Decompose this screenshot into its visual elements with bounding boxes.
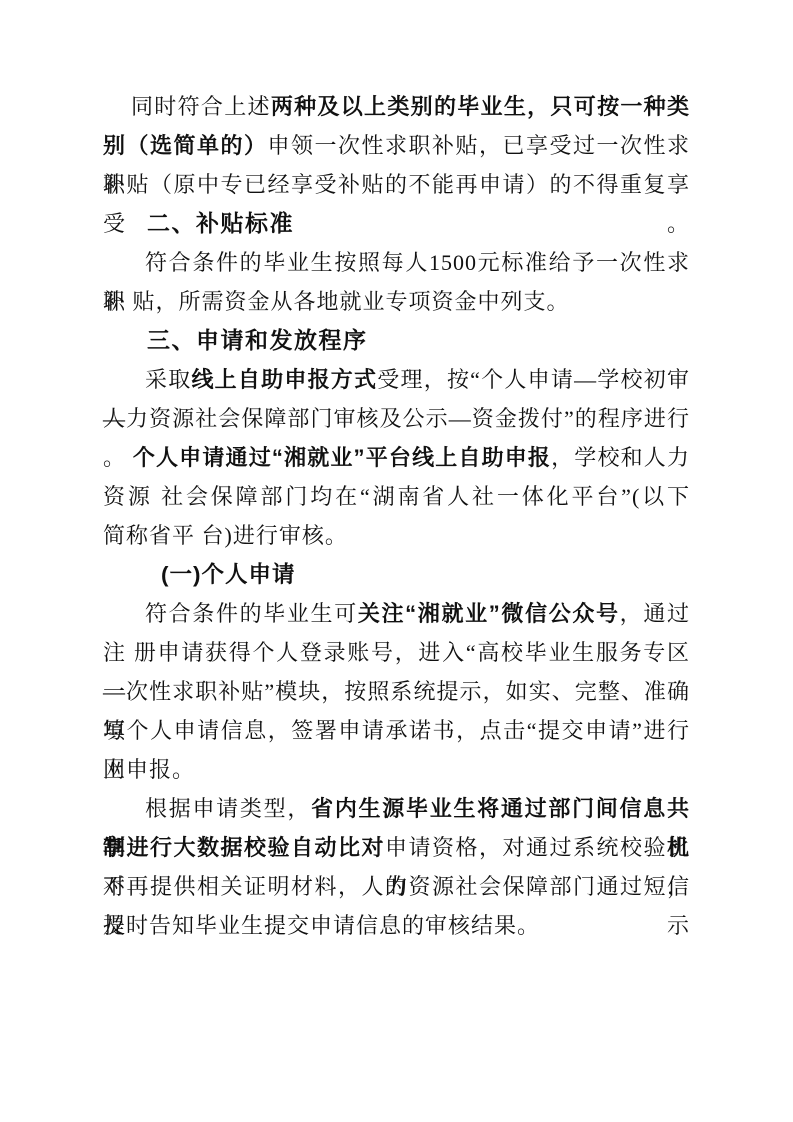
text-segment: 同时符合上述 [131, 94, 271, 119]
bold-text-segment: 个人申请通过“湘就业”平台线上自助申报 [133, 445, 551, 470]
text-segment: 。 [103, 445, 133, 470]
para-procedure-line-2: 人力资源社会保障部门审核及公示—资金拨付”的程序进行 [103, 399, 690, 438]
para-individual-application-line-2: 注 册申请获得个人登录账号，进入“高校毕业生服务专区— [103, 633, 690, 672]
text-segment: 符合条件的毕业生可 [145, 601, 358, 626]
para-duplicate-rule-line-1: 同时符合上述两种及以上类别的毕业生，只可按一种类 [103, 87, 690, 126]
text-segment: ，通过 [620, 601, 690, 626]
section-heading-application-procedure: 三、申请和发放程序 [103, 321, 690, 360]
para-procedure-line-4: 资源 社会保障部门均在“湖南省人社一体化平台”(以下 [103, 477, 690, 516]
document-body: 同时符合上述两种及以上类别的毕业生，只可按一种类别（选简单的）申领一次性求职补贴… [103, 87, 690, 945]
para-procedure-line-5: 简称省平 台)进行审核。 [103, 516, 690, 555]
para-individual-application-line-3: 一次性求职补贴”模块，按照系统提示，如实、完整、准确填 [103, 672, 690, 711]
bold-text-segment: 三、申请和发放程序 [147, 327, 368, 353]
para-data-verification-line-1: 根据申请类型，省内生源毕业生将通过部门间信息共享机 [103, 789, 690, 828]
para-procedure-line-1: 采取线上自助申报方式受理，按“个人申请—学校初审— [103, 360, 690, 399]
text-segment: 资源 社会保障部门均在“湖南省人社一体化平台”(以下 [103, 484, 690, 509]
para-data-verification-line-3: 不再提供相关证明材料，人力资源社会保障部门通过短信提示 [103, 867, 690, 906]
text-segment: 补 贴，所需资金从各地就业专项资金中列支。 [103, 289, 570, 314]
para-individual-application-line-4: 写个人申请信息，签署申请承诺书，点击“提交申请”进行网 [103, 711, 690, 750]
bold-text-segment: (一)个人申请 [161, 562, 296, 587]
text-segment: 及时告知毕业生提交申请信息的审核结果。 [103, 913, 540, 938]
text-segment: 上申报。 [103, 757, 195, 782]
bold-text-segment: 二、补贴标准 [147, 210, 294, 236]
para-data-verification-line-2: 制进行大数据校验自动比对申请资格，对通过系统校验比对的， [103, 828, 690, 867]
para-individual-application-line-1: 符合条件的毕业生可关注“湘就业”微信公众号，通过 [103, 594, 690, 633]
subsection-heading-individual-application: (一)个人申请 [103, 555, 690, 594]
para-duplicate-rule-line-2: 别（选简单的）申领一次性求职补贴，已享受过一次性求职 [103, 126, 690, 165]
para-procedure-line-3: 。 个人申请通过“湘就业”平台线上自助申报，学校和人力 [103, 438, 690, 477]
bold-text-segment: 关注“湘就业”微信公众号 [358, 601, 620, 626]
para-subsidy-standard-line-2: 补 贴，所需资金从各地就业专项资金中列支。 [103, 282, 690, 321]
text-segment: ，学校和人力 [551, 445, 690, 470]
text-segment: 根据申请类型， [145, 796, 311, 821]
para-individual-application-line-5: 上申报。 [103, 750, 690, 789]
para-duplicate-rule-line-3: 补贴（原中专已经享受补贴的不能再申请）的不得重复享受。 [103, 165, 690, 204]
document-page: 同时符合上述两种及以上类别的毕业生，只可按一种类别（选简单的）申领一次性求职补贴… [0, 0, 793, 1122]
text-segment: 人力资源社会保障部门审核及公示—资金拨付”的程序进行 [103, 406, 690, 431]
para-subsidy-standard-line-1: 符合条件的毕业生按照每人1500元标准给予一次性求职 [103, 243, 690, 282]
bold-text-segment: 制进行大数据校验自动比对 [103, 835, 385, 860]
bold-text-segment: 别（选简单的） [103, 133, 268, 158]
text-segment: 简称省平 台)进行审核。 [103, 523, 348, 548]
bold-text-segment: 两种及以上类别的毕业生，只可按一种类 [271, 94, 690, 119]
bold-text-segment: 线上自助申报方式 [191, 367, 377, 392]
text-segment: 采取 [145, 367, 191, 392]
